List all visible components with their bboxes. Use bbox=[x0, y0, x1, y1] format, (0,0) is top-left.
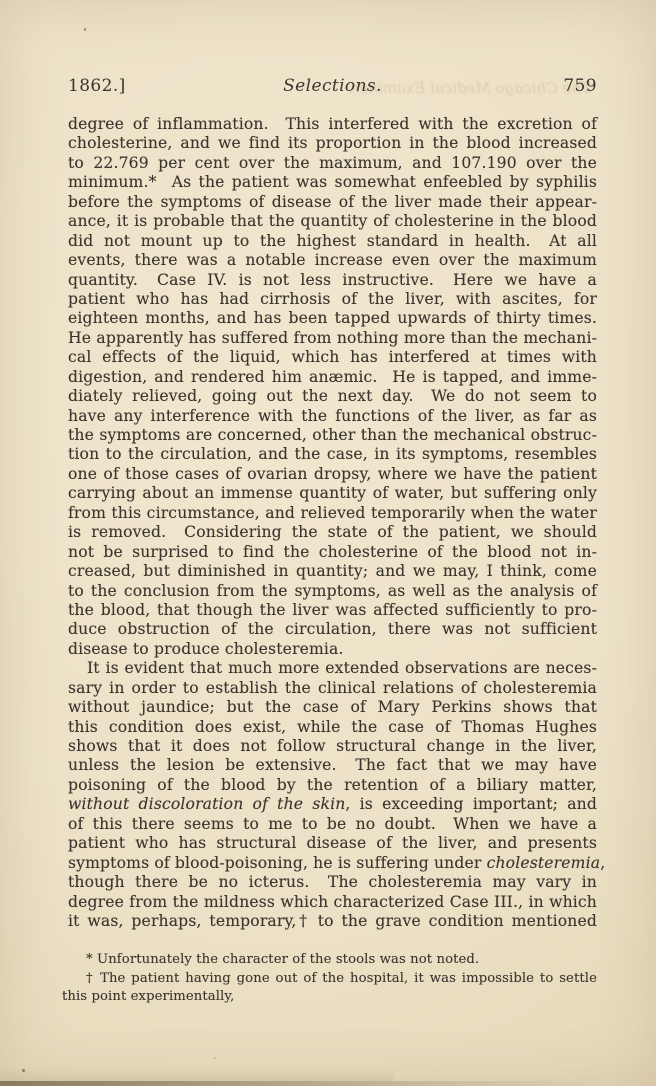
text-line: have any interference with the functions… bbox=[68, 407, 597, 426]
text-line: the symptoms are concerned, other than t… bbox=[68, 426, 597, 445]
text-line: without jaundice; but the case of Mary P… bbox=[68, 698, 597, 717]
text-line: symptoms of blood-poisoning, he is suffe… bbox=[68, 854, 597, 873]
text-line: the blood, that though the liver was aff… bbox=[68, 601, 597, 620]
text-line: degree of inflammation. This interfered … bbox=[68, 115, 597, 134]
text-line: cal effects of the liquid, which has int… bbox=[68, 348, 597, 367]
text-line: before the symptoms of disease of the li… bbox=[68, 193, 597, 212]
text-line: minimum.* As the patient was somewhat en… bbox=[68, 173, 597, 192]
text-line: without discoloration of the skin, is ex… bbox=[68, 795, 597, 814]
text-line: cholesterine, and we find its proportion… bbox=[68, 134, 597, 153]
body-text: degree of inflammation. This interfered … bbox=[68, 115, 597, 931]
running-head-title: Selections. bbox=[188, 76, 477, 96]
text-line: patient who has structural disease of th… bbox=[68, 834, 597, 853]
text-line: diately relieved, going out the next day… bbox=[68, 387, 597, 406]
scan-edge bbox=[0, 1081, 656, 1086]
text-line: this condition does exist, while the cas… bbox=[68, 718, 597, 737]
text-line: shows that it does not follow structural… bbox=[68, 737, 597, 756]
text-line: to 22.769 per cent over the maximum, and… bbox=[68, 154, 597, 173]
text-line: events, there was a notable increase eve… bbox=[68, 251, 597, 270]
text-line: is removed. Considering the state of the… bbox=[68, 523, 597, 542]
text-line: unless the lesion be extensive. The fact… bbox=[68, 756, 597, 775]
text-line: it was, perhaps, temporary,† to the grav… bbox=[68, 912, 597, 931]
text-line: to the conclusion from the symptoms, as … bbox=[68, 582, 597, 601]
text-line: poisoning of the blood by the retention … bbox=[68, 776, 597, 795]
text-line: eighteen months, and has been tapped upw… bbox=[68, 309, 597, 328]
text-line: He apparently has suffered from nothing … bbox=[68, 329, 597, 348]
footnote-line: * Unfortunately the character of the sto… bbox=[62, 951, 597, 970]
text-line: of this there seems to me to be no doubt… bbox=[68, 815, 597, 834]
text-line: though there be no icterus. The choleste… bbox=[68, 873, 597, 892]
text-line: creased, but diminished in quantity; and… bbox=[68, 562, 597, 581]
ink-speck bbox=[22, 1069, 25, 1072]
ink-speck bbox=[214, 1057, 216, 1059]
text-line: carrying about an immense quantity of wa… bbox=[68, 484, 597, 503]
running-head: 1862.] Selections. 759 bbox=[68, 76, 597, 96]
text-line: tion to the circulation, and the case, i… bbox=[68, 445, 597, 464]
text-line: degree from the mildness which character… bbox=[68, 893, 597, 912]
text-line: did not mount up to the highest standard… bbox=[68, 232, 597, 251]
running-head-year: 1862.] bbox=[68, 76, 188, 96]
text-line: one of those cases of ovarian dropsy, wh… bbox=[68, 465, 597, 484]
text-line: quantity. Case IV. is not less instructi… bbox=[68, 271, 597, 290]
text-line: It is evident that much more extended ob… bbox=[68, 659, 597, 678]
text-line: duce obstruction of the circulation, the… bbox=[68, 620, 597, 639]
ink-speck bbox=[84, 28, 86, 31]
text-line: digestion, and rendered him anæmic. He i… bbox=[68, 368, 597, 387]
footnote-line: this point experimentally, bbox=[62, 988, 597, 1007]
footnote-line: † The patient having gone out of the hos… bbox=[62, 970, 597, 989]
text-line: not be surprised to find the cholesterin… bbox=[68, 543, 597, 562]
text-line: sary in order to establish the clinical … bbox=[68, 679, 597, 698]
scanned-book-page: The Chicago Medical Examiner. 1862.] Sel… bbox=[0, 0, 656, 1086]
text-line: disease to produce cholesteremia. bbox=[68, 640, 597, 659]
text-line: from this circumstance, and relieved tem… bbox=[68, 504, 597, 523]
text-line: ance, it is probable that the quantity o… bbox=[68, 212, 597, 231]
footnotes: * Unfortunately the character of the sto… bbox=[62, 951, 597, 1007]
scan-shadow bbox=[0, 1067, 394, 1081]
text-line: patient who has had cirrhosis of the liv… bbox=[68, 290, 597, 309]
page-number: 759 bbox=[477, 76, 597, 96]
